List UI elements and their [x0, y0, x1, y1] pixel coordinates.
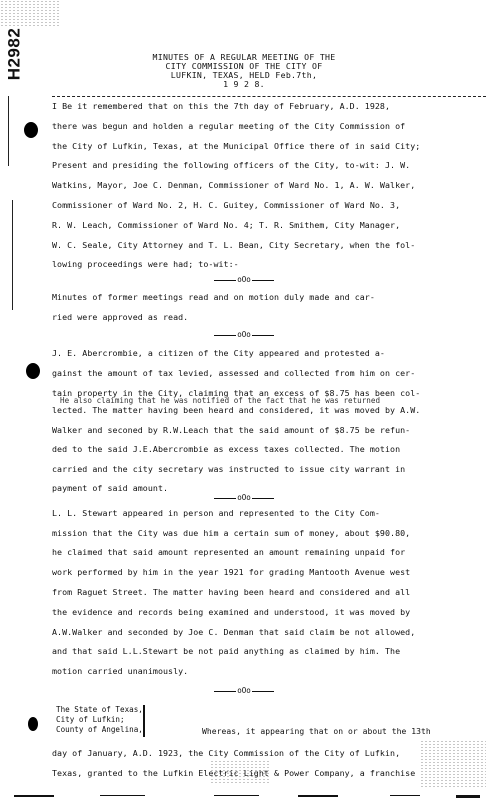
abercrombie-line: J. E. Abercrombie, a citizen of the City…	[52, 348, 385, 358]
minutes-line: Minutes of former meetings read and on m…	[52, 292, 375, 302]
opening-line: lowing proceedings were had; to-wit:-	[52, 259, 239, 269]
abercrombie-line: gainst the amount of tax levied, assesse…	[52, 368, 415, 378]
opening-line: R. W. Leach, Commissioner of Ward No. 4;…	[52, 220, 400, 230]
margin-line	[12, 200, 13, 310]
punch-hole	[28, 717, 38, 731]
stewart-line: from Raguet Street. The matter having be…	[52, 587, 410, 597]
edge-mark	[100, 795, 145, 796]
section-separator: oOo	[0, 276, 488, 284]
opening-line: I Be it remembered that on this the 7th …	[52, 101, 390, 111]
separator-mark: oOo	[237, 493, 251, 502]
abercrombie-line: payment of said amount.	[52, 483, 168, 493]
abercrombie-line: ded to the said J.E.Abercrombie as exces…	[52, 444, 400, 454]
abercrombie-line: Walker and seconed by R.W.Leach that the…	[52, 425, 410, 435]
state-caption-line: County of Angelina,	[56, 725, 143, 735]
overtyped-line: He also claiming that he was notified of…	[60, 397, 380, 405]
stewart-line: the evidence and records being examined …	[52, 607, 410, 617]
stewart-line: A.W.Walker and seconded by Joe C. Denman…	[52, 627, 415, 637]
separator-mark: oOo	[237, 686, 251, 695]
opening-line: Present and presiding the following offi…	[52, 160, 410, 170]
stewart-line: motion carried unanimously.	[52, 666, 188, 676]
punch-hole	[24, 122, 38, 138]
edge-mark	[390, 795, 420, 796]
stewart-line: L. L. Stewart appeared in person and rep…	[52, 508, 380, 518]
separator-mark: oOo	[237, 330, 251, 339]
heading-line-4: 1 9 2 8.	[0, 80, 488, 89]
abercrombie-line: carried and the city secretary was instr…	[52, 464, 405, 474]
whereas-line: Whereas, it appearing that on or about t…	[202, 727, 431, 737]
opening-line: W. C. Seale, City Attorney and T. L. Bea…	[52, 240, 415, 250]
whereas-line: day of January, A.D. 1923, the City Comm…	[52, 748, 400, 758]
section-separator: oOo	[0, 687, 488, 695]
punch-hole	[26, 363, 40, 379]
stewart-line: he claimed that said amount represented …	[52, 547, 405, 557]
separator-mark: oOo	[237, 275, 251, 284]
opening-line: the City of Lufkin, Texas, at the Munici…	[52, 141, 420, 151]
opening-line: Commissioner of Ward No. 2, H. C. Guitey…	[52, 200, 400, 210]
scan-noise	[420, 740, 486, 788]
edge-mark	[14, 795, 54, 797]
opening-line: there was begun and holden a regular mee…	[52, 121, 405, 131]
state-caption-line: City of Lufkin;	[56, 715, 143, 725]
caption-bracket	[143, 705, 145, 737]
section-separator: oOo	[0, 494, 488, 502]
stewart-line: work performed by him in the year 1921 f…	[52, 567, 410, 577]
state-caption: The State of Texas, City of Lufkin; Coun…	[56, 705, 143, 735]
edge-mark	[298, 795, 338, 797]
margin-line	[8, 96, 9, 166]
scan-noise	[0, 0, 60, 26]
section-separator: oOo	[0, 331, 488, 339]
edge-mark	[214, 795, 259, 796]
state-caption-line: The State of Texas,	[56, 705, 143, 715]
document-page: H2982 MINUTES OF A REGULAR MEETING OF TH…	[0, 0, 488, 800]
abercrombie-line: lected. The matter having been heard and…	[52, 405, 420, 415]
stewart-line: mission that the City was due him a cert…	[52, 528, 410, 538]
stewart-line: and that said L.L.Stewart be not paid an…	[52, 646, 400, 656]
scan-noise	[210, 760, 270, 784]
opening-line: Watkins, Mayor, Joe C. Denman, Commissio…	[52, 180, 415, 190]
edge-mark	[456, 795, 480, 798]
heading-divider	[52, 96, 486, 97]
minutes-line: ried were approved as read.	[52, 312, 188, 322]
